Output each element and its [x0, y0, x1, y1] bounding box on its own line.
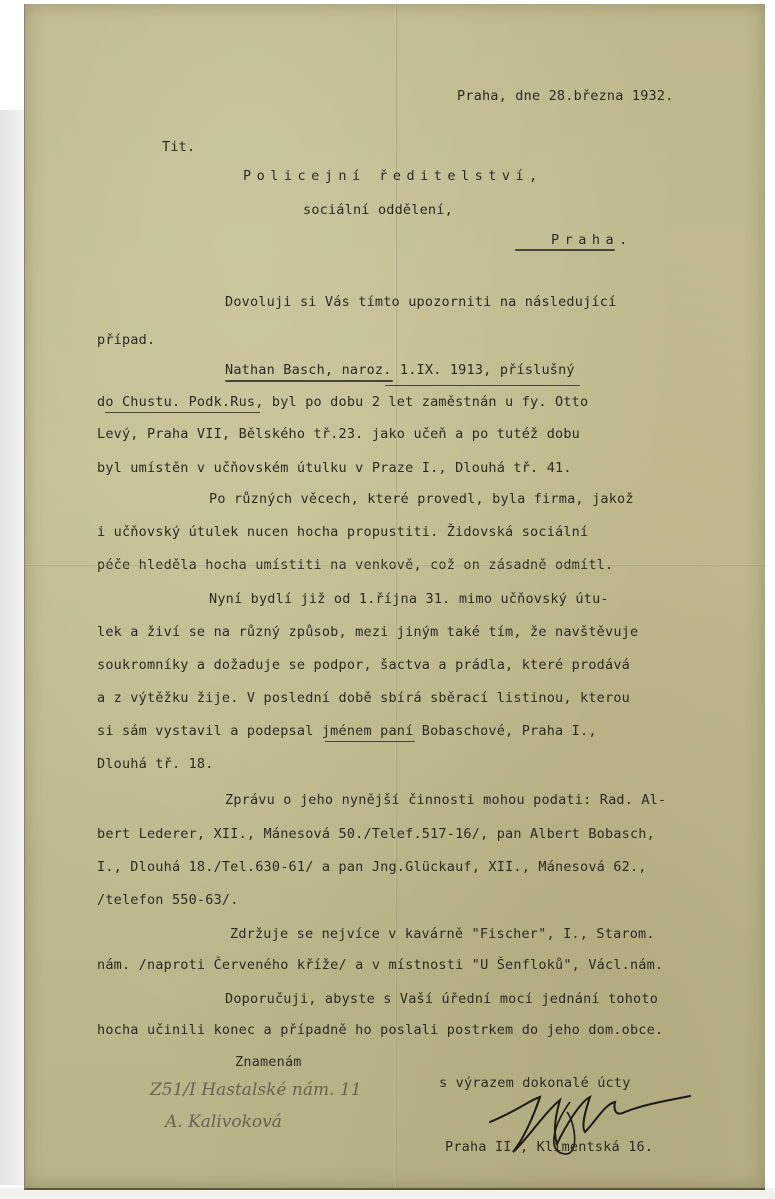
body-line: Levý, Praha VII, Bělského tř.23. jako uč…	[97, 426, 580, 442]
salutation: Tit.	[162, 139, 195, 155]
body-line: Nyní bydlí již od 1.října 31. mimo učňov…	[209, 591, 609, 607]
body-line: si sám vystavil a podepsal jménem paní B…	[97, 723, 597, 739]
body-line: Po různých věcech, které provedl, byla f…	[209, 491, 634, 507]
body-line: Doporučuji, abyste s Vaší úřední mocí je…	[225, 991, 658, 1007]
body-line: do Chustu. Podk.Rus, byl po dobu 2 let z…	[97, 394, 588, 410]
addressee-underline	[515, 249, 615, 251]
letter-page: Praha, dne 28.března 1932. Tit. Policejn…	[24, 4, 765, 1190]
body-line: byl umístěn v učňovském útulku v Praze I…	[97, 460, 572, 476]
body-line-subject: Nathan Basch, naroz. 1.IX. 1913, přísluš…	[225, 362, 575, 378]
closing-left: Znamenám	[235, 1054, 302, 1070]
place-date: Praha, dne 28.března 1932.	[457, 88, 674, 104]
body-line: Zprávu o jeho nynější činnosti mohou pod…	[225, 792, 666, 808]
addressee-line-1: Policejní ředitelství,	[243, 168, 543, 184]
body-line: soukromníky a dožaduje se podpor, šactva…	[97, 657, 630, 673]
pencil-underline-bobaschove	[325, 741, 415, 742]
body-line: a z výtěžku žije. V poslední době sbírá …	[97, 690, 630, 706]
pencil-underline-birth	[385, 385, 580, 386]
body-line: hocha učinili konec a případně ho poslal…	[97, 1022, 663, 1038]
handwritten-note-line-2: A. Kalivoková	[165, 1112, 282, 1132]
body-line: I., Dlouhá 18./Tel.630-61/ a pan Jng.Glü…	[97, 859, 647, 875]
sender-address: Praha II., Klimentská 16.	[445, 1139, 653, 1155]
body-line: případ.	[97, 332, 155, 348]
pencil-underline-origin	[105, 412, 260, 413]
body-line: bert Lederer, XII., Mánesová 50./Telef.5…	[97, 826, 655, 842]
body-line: Dovoluji si Vás tímto upozorniti na násl…	[225, 294, 616, 310]
body-line: nám. /naproti Červeného kříže/ a v místn…	[97, 957, 663, 973]
body-line: lek a živí se na různý způsob, mezi jiný…	[97, 624, 638, 640]
body-line: Zdržuje se nejvíce v kavárně "Fischer", …	[230, 926, 655, 942]
body-line: péče hleděla hocha umístiti na venkově, …	[97, 557, 613, 573]
handwritten-note-line-1: Z51/I Hastalské nám. 11	[150, 1080, 362, 1100]
pencil-underline-name	[225, 380, 393, 382]
scan-margin-left	[0, 110, 24, 1185]
body-line: /telefon 550-63/.	[97, 892, 239, 908]
addressee-line-2: sociální oddělení,	[303, 202, 453, 218]
addressee-line-3: Praha.	[551, 232, 633, 248]
body-line: Dlouhá tř. 18.	[97, 756, 214, 772]
body-line: i učňovský útulek nucen hocha propustiti…	[97, 524, 588, 540]
